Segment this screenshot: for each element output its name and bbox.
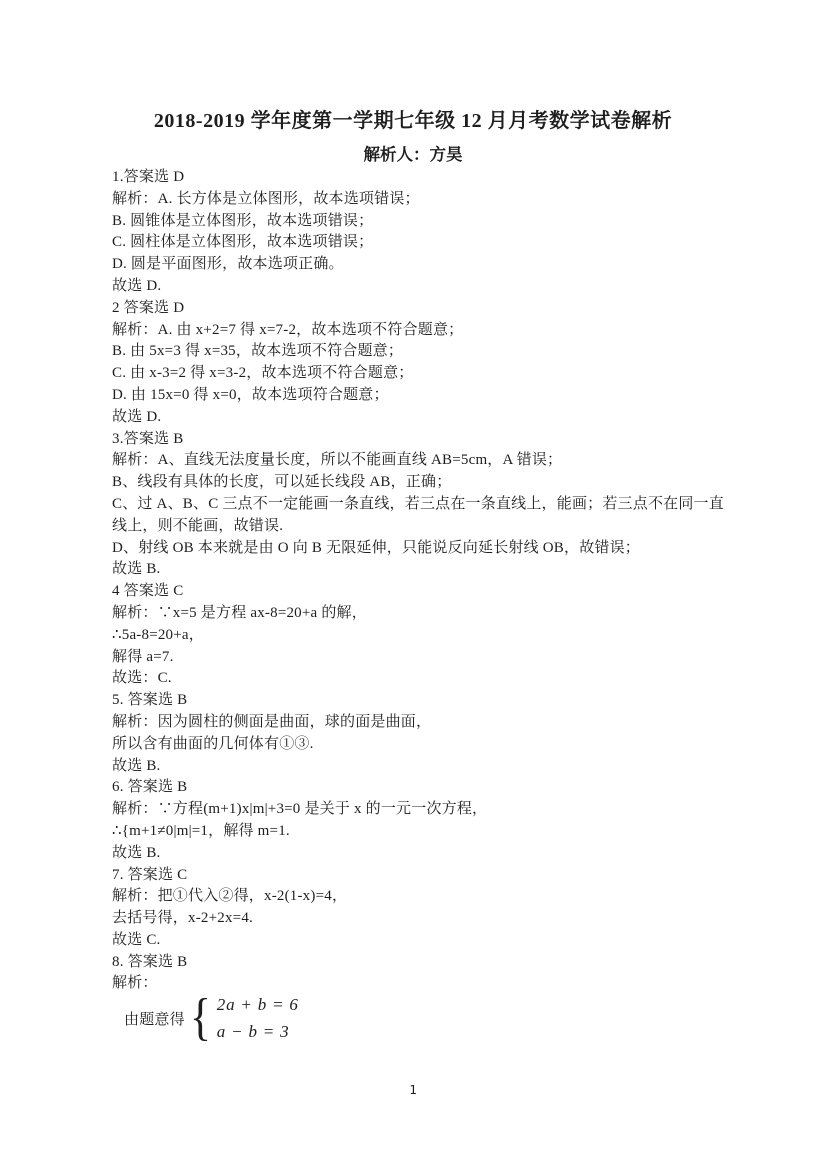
text-line: 线上，则不能画，故错误.: [112, 516, 718, 538]
text-line: B、线段有具体的长度，可以延长线段 AB，正确；: [112, 472, 718, 494]
author-line: 解析人：方昊: [0, 141, 826, 165]
text-line: 故选 D.: [112, 407, 718, 429]
text-line: 6. 答案选 B: [112, 777, 718, 799]
text-line: 故选：C.: [112, 668, 718, 690]
text-line: 解析：∵方程(m+1)x|m|+3=0 是关于 x 的一元一次方程，: [112, 799, 718, 821]
text-line: ∴{m+1≠0|m|=1，解得 m=1.: [112, 821, 718, 843]
equation-system: 由题意得 { 2a + b = 6a − b = 3: [124, 992, 299, 1044]
text-line: 故选 B.: [112, 756, 718, 778]
text-line: 5. 答案选 B: [112, 690, 718, 712]
body-text: 1.答案选 D解析：A. 长方体是立体图形，故本选项错误；B. 圆锥体是立体图形…: [112, 167, 718, 995]
text-line: C. 圆柱体是立体图形，故本选项错误；: [112, 232, 718, 254]
text-line: 解得 a=7.: [112, 647, 718, 669]
text-line: 4 答案选 C: [112, 581, 718, 603]
text-line: 1.答案选 D: [112, 167, 718, 189]
document-page: 2018-2019 学年度第一学期七年级 12 月月考数学试卷解析 解析人：方昊…: [0, 0, 826, 1169]
text-line: 3.答案选 B: [112, 429, 718, 451]
text-line: 解析：因为圆柱的侧面是曲面，球的面是曲面，: [112, 712, 718, 734]
text-line: C、过 A、B、C 三点不一定能画一条直线，若三点在一条直线上，能画；若三点不在…: [112, 494, 718, 516]
text-line: 故选 D.: [112, 276, 718, 298]
equation-line: a − b = 3: [217, 1022, 299, 1042]
text-line: 解析：把①代入②得，x-2(1-x)=4，: [112, 886, 718, 908]
text-line: 解析：A、直线无法度量长度，所以不能画直线 AB=5cm，A 错误；: [112, 450, 718, 472]
text-line: ∴5a-8=20+a，: [112, 625, 718, 647]
text-line: 2 答案选 D: [112, 298, 718, 320]
text-line: 7. 答案选 C: [112, 865, 718, 887]
equation-label: 由题意得: [124, 1008, 185, 1029]
equation-column: 2a + b = 6a − b = 3: [217, 995, 299, 1042]
text-line: 所以含有曲面的几何体有①③.: [112, 734, 718, 756]
text-line: D. 由 15x=0 得 x=0，故本选项符合题意；: [112, 385, 718, 407]
text-line: B. 圆锥体是立体图形，故本选项错误；: [112, 211, 718, 233]
text-line: 故选 B.: [112, 559, 718, 581]
page-number: 1: [0, 1082, 826, 1097]
page-title: 2018-2019 学年度第一学期七年级 12 月月考数学试卷解析: [0, 104, 826, 133]
text-line: B. 由 5x=3 得 x=35，故本选项不符合题意；: [112, 341, 718, 363]
left-brace: {: [190, 992, 211, 1044]
text-line: 去括号得，x-2+2x=4.: [112, 908, 718, 930]
text-line: 故选 B.: [112, 843, 718, 865]
text-line: D、射线 OB 本来就是由 O 向 B 无限延伸，只能说反向延长射线 OB，故错…: [112, 538, 718, 560]
text-line: 故选 C.: [112, 930, 718, 952]
equation-line: 2a + b = 6: [217, 995, 299, 1015]
text-line: 8. 答案选 B: [112, 952, 718, 974]
text-line: 解析：A. 长方体是立体图形，故本选项错误；: [112, 189, 718, 211]
text-line: 解析：A. 由 x+2=7 得 x=7-2，故本选项不符合题意；: [112, 320, 718, 342]
text-line: D. 圆是平面图形，故本选项正确。: [112, 254, 718, 276]
text-line: 解析：∵x=5 是方程 ax-8=20+a 的解，: [112, 603, 718, 625]
text-line: C. 由 x-3=2 得 x=3-2，故本选项不符合题意；: [112, 363, 718, 385]
